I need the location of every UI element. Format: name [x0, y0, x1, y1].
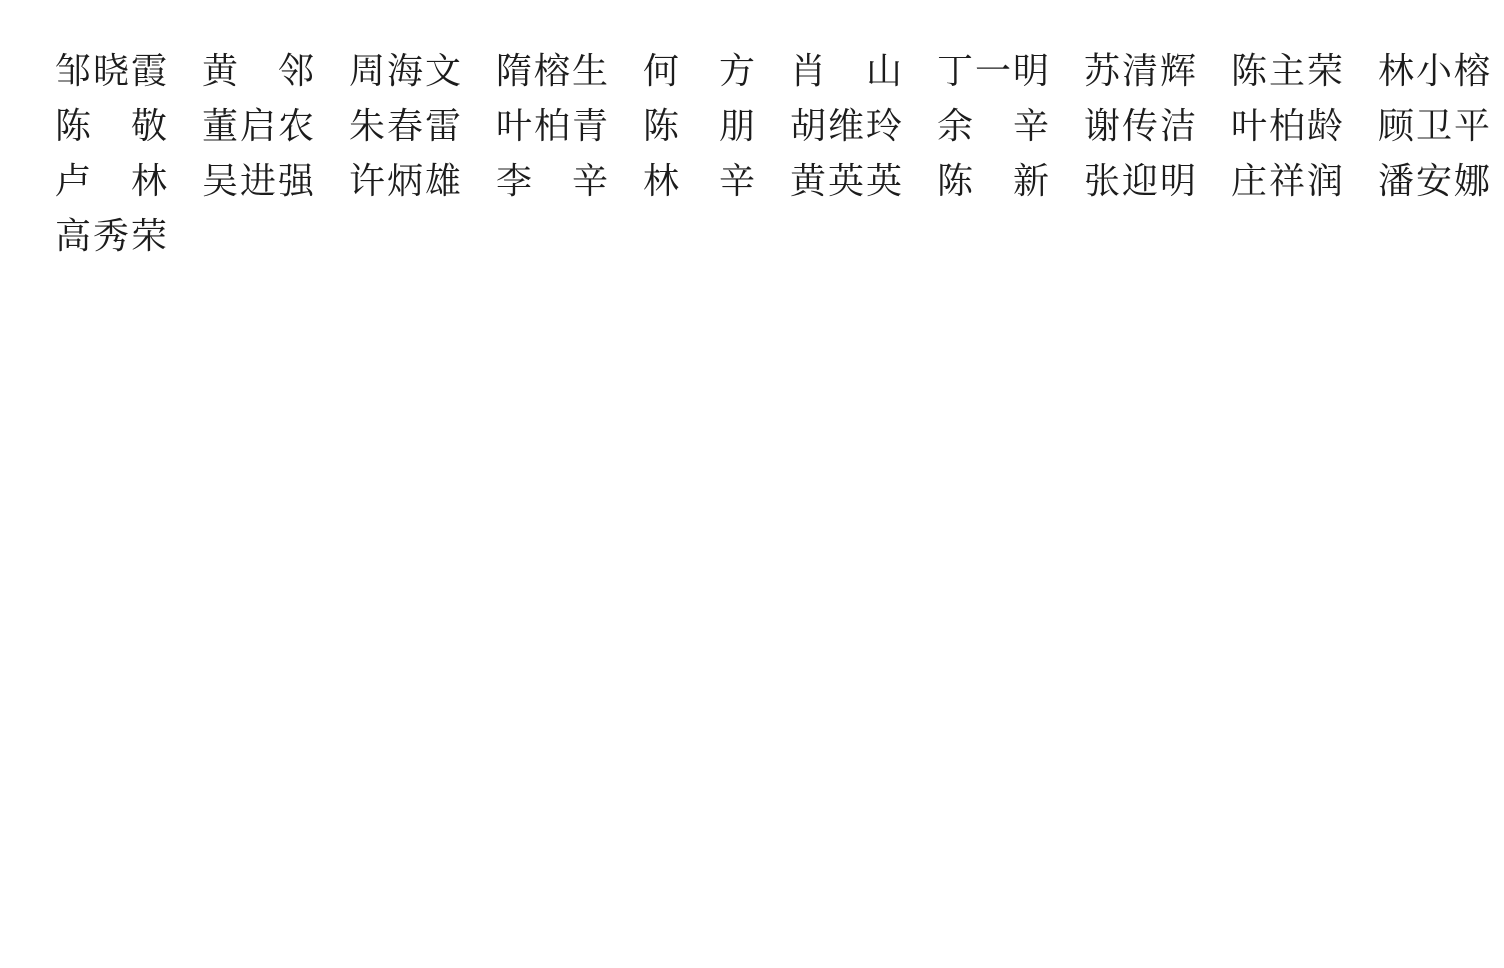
name-cell: 何方 [643, 44, 755, 99]
name-cell: 叶柏龄 [1231, 99, 1343, 154]
name-cell: 陈新 [937, 154, 1049, 209]
name-cell: 董启农 [202, 99, 314, 154]
name-rows: 邹晓霞黄邻周海文隋榕生何方肖山丁一明苏清辉陈主荣林小榕陈敬董启农朱春雷叶柏青陈朋… [55, 44, 1504, 264]
name-cell: 肖山 [790, 44, 902, 99]
name-cell: 陈主荣 [1231, 44, 1343, 99]
name-cell: 邹晓霞 [55, 44, 167, 99]
name-cell: 胡维玲 [790, 99, 902, 154]
name-cell: 陈敬 [55, 99, 167, 154]
name-row: 卢林吴进强许炳雄李辛林辛黄英英陈新张迎明庄祥润潘安娜 [55, 154, 1504, 209]
name-cell: 叶柏青 [496, 99, 608, 154]
name-row: 陈敬董启农朱春雷叶柏青陈朋胡维玲余辛谢传洁叶柏龄顾卫平 [55, 99, 1504, 154]
name-cell: 黄邻 [202, 44, 314, 99]
name-cell: 朱春雷 [349, 99, 461, 154]
name-cell: 卢林 [55, 154, 167, 209]
name-cell: 潘安娜 [1378, 154, 1490, 209]
name-cell: 吴进强 [202, 154, 314, 209]
name-cell: 许炳雄 [349, 154, 461, 209]
name-cell: 谢传洁 [1084, 99, 1196, 154]
name-cell: 余辛 [937, 99, 1049, 154]
name-cell: 苏清辉 [1084, 44, 1196, 99]
name-cell: 顾卫平 [1378, 99, 1490, 154]
name-cell: 陈朋 [643, 99, 755, 154]
name-cell: 林辛 [643, 154, 755, 209]
name-row: 高秀荣 [55, 209, 1504, 264]
name-cell: 黄英英 [790, 154, 902, 209]
document-page: 邹晓霞黄邻周海文隋榕生何方肖山丁一明苏清辉陈主荣林小榕陈敬董启农朱春雷叶柏青陈朋… [0, 0, 1504, 968]
name-cell: 周海文 [349, 44, 461, 99]
name-cell: 隋榕生 [496, 44, 608, 99]
name-cell: 李辛 [496, 154, 608, 209]
name-cell: 高秀荣 [55, 209, 167, 264]
name-cell: 庄祥润 [1231, 154, 1343, 209]
name-row: 邹晓霞黄邻周海文隋榕生何方肖山丁一明苏清辉陈主荣林小榕 [55, 44, 1504, 99]
name-cell: 丁一明 [937, 44, 1049, 99]
name-cell: 张迎明 [1084, 154, 1196, 209]
name-cell: 林小榕 [1378, 44, 1490, 99]
